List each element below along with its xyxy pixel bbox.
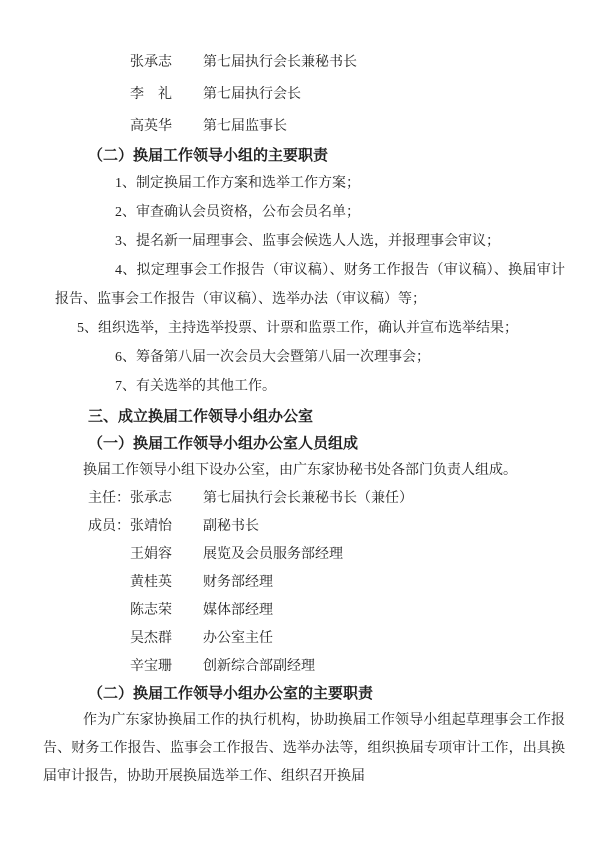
director-title: 第七届执行会长兼秘书长（兼任） [203,491,413,506]
document-page: 张承志第七届执行会长兼秘书长 李 礼第七届执行会长 高英华第七届监事长 （二）换… [0,0,600,848]
leader-title: 第七届执行会长兼秘书长 [203,55,357,70]
members-label: 成员： [88,513,130,541]
member-name: 张靖怡 [130,513,203,541]
list-item: 1、制定换届工作方案和选举工作方案； [55,169,565,198]
member-title: 创新综合部副经理 [203,659,315,674]
leader-name: 李 礼 [130,79,203,111]
member-title: 媒体部经理 [203,603,273,618]
director-name: 张承志 [130,485,203,513]
subsection-heading-personnel: （一）换届工作领导小组办公室人员组成 [88,431,565,457]
member-title: 副秘书长 [203,519,259,534]
leader-name: 高英华 [130,111,203,143]
member-row: 黄桂英财务部经理 [88,569,565,597]
leader-row: 高英华第七届监事长 [130,111,565,143]
leader-title: 第七届执行会长 [203,87,301,102]
member-name: 吴杰群 [130,625,203,653]
list-item: 5、组织选举，主持选举投票、计票和监票工作，确认并宣布选举结果； [55,314,565,343]
member-row: 成员：张靖怡副秘书长 [88,513,565,541]
office-intro-paragraph: 换届工作领导小组下设办公室，由广东家协秘书处各部门负责人组成。 [55,457,565,485]
list-item: 7、有关选举的其他工作。 [55,372,565,401]
member-name: 黄桂英 [130,569,203,597]
list-item: 6、筹备第八届一次会员大会暨第八届一次理事会； [55,343,565,372]
member-row: 王娟容展览及会员服务部经理 [88,541,565,569]
member-row: 吴杰群办公室主任 [88,625,565,653]
director-label: 主任： [88,485,130,513]
member-name: 辛宝珊 [130,653,203,681]
subsection-heading-office-duties: （二）换届工作领导小组办公室的主要职责 [88,681,565,707]
section-heading-duties: （二）换届工作领导小组的主要职责 [88,143,565,169]
leader-row: 李 礼第七届执行会长 [130,79,565,111]
director-row: 主任：张承志第七届执行会长兼秘书长（兼任） [88,485,565,513]
list-item: 3、提名新一届理事会、监事会候选人人选，并报理事会审议； [55,227,565,256]
office-duties-paragraph: 作为广东家协换届工作的执行机构，协助换届工作领导小组起草理事会工作报告、财务工作… [43,707,565,791]
leader-name: 张承志 [130,47,203,79]
member-name: 陈志荣 [130,597,203,625]
member-row: 辛宝珊创新综合部副经理 [88,653,565,681]
list-item: 2、审查确认会员资格，公布会员名单； [55,198,565,227]
leader-title: 第七届监事长 [203,119,287,134]
list-item: 4、拟定理事会工作报告（审议稿）、财务工作报告（审议稿）、换届审计报告、监事会工… [55,256,565,314]
leader-row: 张承志第七届执行会长兼秘书长 [130,47,565,79]
member-title: 财务部经理 [203,575,273,590]
member-title: 展览及会员服务部经理 [203,547,343,562]
section-heading-office: 三、成立换届工作领导小组办公室 [88,403,565,431]
member-name: 王娟容 [130,541,203,569]
member-row: 陈志荣媒体部经理 [88,597,565,625]
member-title: 办公室主任 [203,631,273,646]
